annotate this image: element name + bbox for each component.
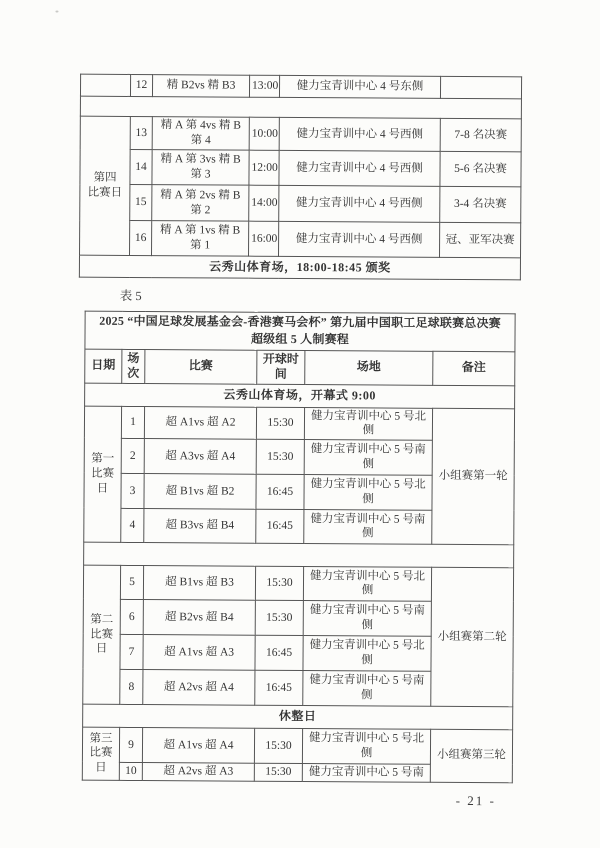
match-cell: 超 A3vs 超 A4 — [144, 438, 256, 474]
day-cell: 第一 比赛 日 — [84, 406, 122, 543]
header-row: 日期 场次 比赛 开球时间 场地 备注 — [85, 349, 515, 385]
empty-cell — [84, 542, 514, 568]
time-cell: 15:30 — [254, 728, 302, 763]
match-cell: 超 A1vs 超 A2 — [144, 406, 256, 439]
page-number: - 21 - — [456, 793, 496, 809]
match-no-cell: 12 — [130, 74, 152, 96]
table-row: 14 精 A 第 3vs 精 B 第 3 12:00 健力宝青训中心 4 号西侧… — [80, 149, 521, 187]
schedule-table-4-continuation: 12 精 B2vs 精 B3 13:00 健力宝青训中心 4 号东侧 第四 比赛… — [79, 74, 522, 281]
match-no-cell: 2 — [121, 438, 144, 473]
venue-cell: 健力宝青训中心 5 号南侧 — [304, 439, 432, 475]
venue-cell: 健力宝青训中心 5 号北侧 — [304, 407, 432, 440]
time-cell: 16:45 — [256, 474, 304, 509]
venue-cell: 健力宝青训中心 5 号北侧 — [303, 635, 431, 671]
time-cell: 14:00 — [249, 185, 279, 221]
match-no-cell: 14 — [130, 149, 152, 184]
table-title-row: 2025 “中国足球发展基金会-香港赛马会杯” 第九届中国职工足球联赛总决赛 超… — [85, 311, 515, 351]
time-cell: 10:00 — [249, 117, 279, 150]
empty-separator-row — [80, 96, 521, 119]
venue-cell: 健力宝青训中心 5 号北侧 — [303, 566, 431, 601]
match-cell: 精 A 第 1vs 精 B 第 1 — [152, 221, 249, 257]
match-no-cell: 13 — [130, 116, 152, 149]
match-cell: 超 B1vs 超 B2 — [144, 473, 256, 509]
page-content: 12 精 B2vs 精 B3 13:00 健力宝青训中心 4 号东侧 第四 比赛… — [0, 0, 600, 848]
header-cell-date: 日期 — [85, 349, 122, 383]
match-cell: 超 B2vs 超 B4 — [143, 599, 255, 635]
venue-cell: 健力宝青训中心 5 号南侧 — [303, 600, 431, 636]
venue-cell: 健力宝青训中心 4 号东侧 — [279, 75, 440, 98]
time-cell: 16:45 — [255, 670, 303, 705]
header-cell-match-no: 场次 — [122, 349, 145, 383]
venue-cell: 健力宝青训中心 4 号西侧 — [279, 150, 440, 186]
time-cell: 16:00 — [248, 221, 278, 256]
venue-cell: 健力宝青训中心 5 号南 — [302, 763, 430, 782]
table-row: 第三 比赛 日 9 超 A1vs 超 A4 15:30 健力宝青训中心 5 号北… — [82, 727, 512, 765]
note-cell: 5-6 名决赛 — [440, 151, 521, 186]
match-no-cell: 6 — [120, 599, 143, 634]
match-no-cell: 8 — [120, 669, 143, 704]
note-cell: 小组赛第三轮 — [430, 729, 512, 782]
scan-artifact — [55, 10, 58, 12]
table-row: 第一 比赛 日 1 超 A1vs 超 A2 15:30 健力宝青训中心 5 号北… — [84, 406, 514, 441]
award-ceremony-cell: 云秀山体育场，18:00-18:45 颁奖 — [79, 255, 520, 280]
match-cell: 超 B1vs 超 B3 — [143, 565, 255, 600]
venue-cell: 健力宝青训中心 4 号西侧 — [279, 185, 440, 222]
empty-separator-row — [84, 542, 514, 568]
time-cell: 15:30 — [254, 763, 302, 781]
award-ceremony-row: 云秀山体育场，18:00-18:45 颁奖 — [79, 255, 520, 280]
table-row: 16 精 A 第 1vs 精 B 第 1 16:00 健力宝青训中心 4 号西侧… — [80, 220, 521, 258]
table-row: 第二 比赛 日 5 超 B1vs 超 B3 15:30 健力宝青训中心 5 号北… — [83, 565, 513, 602]
venue-cell: 健力宝青训中心 4 号西侧 — [279, 117, 440, 151]
time-cell: 16:45 — [255, 635, 303, 670]
header-cell-venue: 场地 — [305, 350, 433, 385]
venue-cell: 健力宝青训中心 5 号南侧 — [304, 509, 432, 544]
time-cell: 15:30 — [255, 600, 303, 635]
time-cell: 15:30 — [256, 407, 304, 440]
match-cell: 超 A2vs 超 A3 — [142, 762, 254, 780]
empty-cell — [80, 96, 521, 119]
match-cell: 超 B3vs 超 B4 — [144, 508, 256, 543]
note-cell: 3-4 名决赛 — [440, 186, 521, 222]
match-no-cell: 15 — [130, 184, 152, 220]
time-cell: 15:30 — [256, 439, 304, 474]
match-no-cell: 9 — [119, 727, 142, 762]
scanned-document-page: 12 精 B2vs 精 B3 13:00 健力宝青训中心 4 号东侧 第四 比赛… — [0, 0, 600, 848]
match-no-cell: 4 — [121, 508, 144, 542]
opening-ceremony-row: 云秀山体育场，开幕式 9:00 — [85, 383, 515, 409]
schedule-table-5: 2025 “中国足球发展基金会-香港赛马会杯” 第九届中国职工足球联赛总决赛 超… — [82, 311, 516, 783]
match-no-cell: 10 — [119, 762, 142, 780]
header-cell-kickoff-time: 开球时间 — [257, 350, 305, 384]
day-cell: 第三 比赛 日 — [82, 727, 119, 780]
match-no-cell: 5 — [120, 565, 143, 599]
match-no-cell: 16 — [130, 220, 152, 255]
note-cell: 7-8 名决赛 — [440, 118, 521, 151]
table-title: 2025 “中国足球发展基金会-香港赛马会杯” 第九届中国职工足球联赛总决赛 超… — [85, 311, 515, 351]
match-cell: 精 A 第 3vs 精 B 第 3 — [152, 150, 249, 186]
venue-cell: 健力宝青训中心 5 号北侧 — [302, 728, 430, 764]
opening-ceremony-cell: 云秀山体育场，开幕式 9:00 — [85, 383, 515, 409]
header-cell-match: 比赛 — [145, 349, 257, 383]
note-cell: 小组赛第一轮 — [432, 408, 515, 545]
venue-cell: 健力宝青训中心 4 号西侧 — [278, 221, 439, 257]
note-cell — [440, 76, 521, 98]
venue-cell: 健力宝青训中心 5 号北侧 — [304, 474, 432, 510]
day-cell — [80, 74, 130, 96]
match-no-cell: 1 — [121, 406, 144, 439]
day-cell: 第二 比赛 日 — [83, 565, 121, 704]
match-cell: 超 A1vs 超 A3 — [143, 634, 255, 670]
note-cell: 小组赛第二轮 — [431, 567, 514, 706]
time-cell: 12:00 — [249, 150, 279, 185]
table-5-label: 表 5 — [120, 286, 142, 304]
rest-day-cell: 休整日 — [83, 704, 513, 730]
match-cell: 精 B2vs 精 B3 — [152, 75, 249, 98]
header-cell-note: 备注 — [433, 351, 515, 385]
time-cell: 15:30 — [255, 566, 303, 600]
match-cell: 超 A2vs 超 A4 — [143, 669, 255, 705]
match-no-cell: 7 — [120, 634, 143, 669]
venue-cell: 健力宝青训中心 5 号南侧 — [303, 670, 431, 706]
time-cell: 16:45 — [256, 509, 304, 543]
match-cell: 精 A 第 4vs 精 B 第 4 — [152, 117, 249, 151]
match-no-cell: 3 — [121, 473, 144, 508]
match-cell: 精 A 第 2vs 精 B 第 2 — [152, 185, 249, 222]
note-cell: 冠、亚军决赛 — [439, 222, 520, 257]
time-cell: 13:00 — [249, 75, 279, 97]
table-row: 15 精 A 第 2vs 精 B 第 2 14:00 健力宝青训中心 4 号西侧… — [80, 184, 521, 223]
table-row: 12 精 B2vs 精 B3 13:00 健力宝青训中心 4 号东侧 — [80, 74, 521, 99]
match-cell: 超 A1vs 超 A4 — [142, 727, 254, 763]
rest-day-row: 休整日 — [83, 704, 513, 730]
day-cell: 第四 比赛日 — [80, 116, 131, 255]
table-row: 第四 比赛日 13 精 A 第 4vs 精 B 第 4 10:00 健力宝青训中… — [80, 116, 521, 152]
